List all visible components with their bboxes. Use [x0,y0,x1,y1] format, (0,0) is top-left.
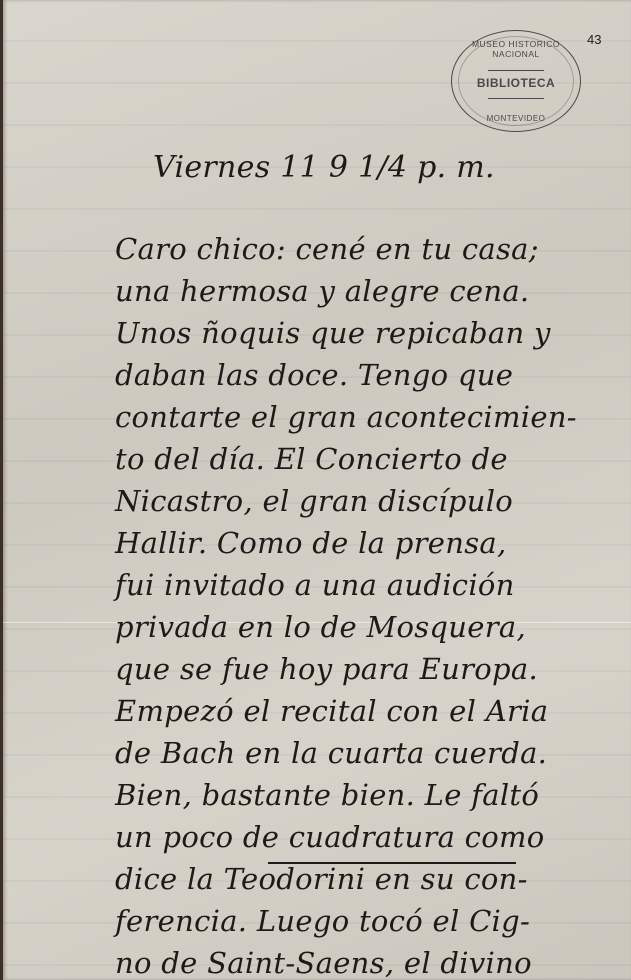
letter-line: Nicastro, el gran discípulo [115,484,513,518]
letter-line: contarte el gran acontecimien- [115,400,577,434]
letter-line: Hallir. Como de la prensa, [115,526,507,560]
stamp-top-text: MUSEO HISTORICO NACIONAL [452,39,580,59]
letter-line: de Bach en la cuarta cuerda. [115,736,547,770]
letter-line: privada en lo de Mosquera, [115,610,526,644]
letter-line: Bien, bastante bien. Le faltó [115,778,539,812]
letter-heading: Viernes 11 9 1/4 p. m. [153,150,495,185]
stamp-bottom-text: MONTEVIDEO [452,114,580,123]
letter-line: ferencia. Luego tocó el Cig- [115,904,530,938]
letter-line: dice la Teodorini en su con- [115,862,528,896]
stamp-divider [488,98,544,99]
underline-mark [268,862,516,864]
letter-line: un poco de cuadratura como [115,820,545,854]
stamp-center-text: BIBLIOTECA [452,76,580,90]
letter-page: MUSEO HISTORICO NACIONAL BIBLIOTECA MONT… [3,0,631,980]
letter-line: una hermosa y alegre cena. [115,274,529,308]
library-stamp: MUSEO HISTORICO NACIONAL BIBLIOTECA MONT… [451,30,581,132]
letter-line: que se fue hoy para Europa. [115,652,538,686]
letter-line: no de Saint-Saens, el divino [115,946,532,980]
letter-line: Unos ñoquis que repicaban y [115,316,551,350]
letter-line: Caro chico: cené en tu casa; [115,232,539,266]
letter-line: Empezó el recital con el Aria [115,694,548,728]
page-number: 43 [587,32,601,47]
stamp-divider [488,70,544,71]
letter-line: fui invitado a una audición [115,568,515,602]
letter-line: daban las doce. Tengo que [115,358,513,392]
letter-line: to del día. El Concierto de [115,442,508,476]
